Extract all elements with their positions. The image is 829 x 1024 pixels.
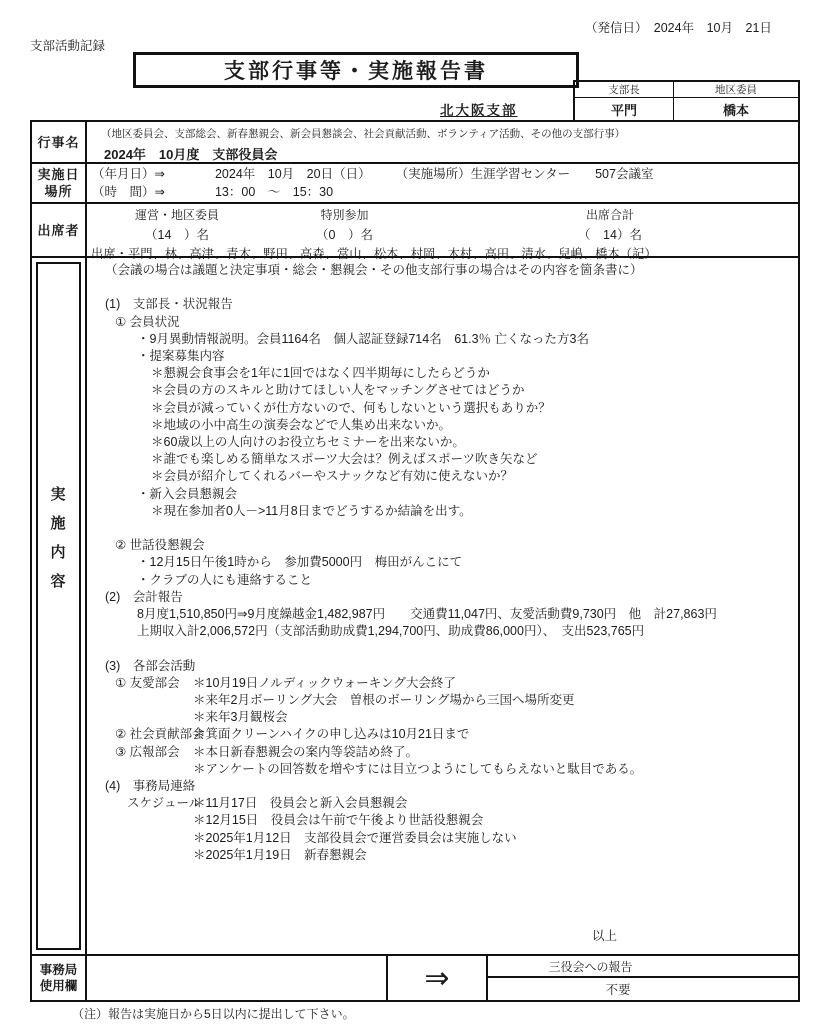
- schedule-label-line1: 実施日: [37, 166, 79, 183]
- closing-mark: 以上: [592, 926, 617, 944]
- content-line: ① 友愛部会＊10月19日ノルディックウォーキング大会終了: [87, 675, 798, 692]
- report-document: （発信日） 2024年 10月 21日 支部活動記録 支部行事等・実施報告書 北…: [0, 0, 829, 1024]
- sanyakukai-report-value: 不要: [488, 978, 798, 1000]
- label-char: 施: [50, 515, 66, 532]
- schedule-label: 実施日 場所: [32, 164, 87, 202]
- dispatch-date-line: （発信日） 2024年 10月 21日: [585, 18, 772, 36]
- content-line: [87, 279, 798, 296]
- content-line: ＊現在参加者0人－>11月8日までどうするか結論を出す。: [87, 503, 798, 520]
- attendees-row: 出席者 運営・地区委員 特別参加 出席合計 （14 ）名 （0 ）名 （ 14）…: [32, 202, 798, 256]
- content-line: ・クラブの人にも連絡すること: [87, 572, 798, 589]
- content-line: ＊会員の方のスキルと助けてほしい人をマッチングさせてはどうか: [87, 382, 798, 399]
- content-line: （会議の場合は議題と決定事項・総会・懇親会・その他支部行事の場合はその内容を箇条…: [87, 262, 798, 279]
- content-line-detail: ＊10月19日ノルディックウォーキング大会終了: [193, 675, 456, 692]
- label-char: 実: [50, 486, 66, 503]
- approval-stamp-table: 支部長 地区委員 平門 橋本: [573, 80, 800, 122]
- attendees-content: 運営・地区委員 特別参加 出席合計 （14 ）名 （0 ）名 （ 14）名 出席…: [87, 204, 798, 256]
- content-line: ＊アンケートの回答数を増やすには目立つようにしてもらえないと駄目である。: [87, 761, 798, 778]
- attendees-count-total: （ 14）名: [422, 225, 798, 243]
- arrow-cell: ⇒: [388, 956, 488, 1000]
- content-line-label: ③ 広報部会: [115, 745, 180, 759]
- content-line: ＊60歳以上の人向けのお役立ちセミナーを出来ないか。: [87, 434, 798, 451]
- forward-arrow-icon: ⇒: [424, 961, 449, 996]
- content-line: ＊懇親会食事会を1年に1回ではなく四半期毎にしたらどうか: [87, 365, 798, 382]
- dispatch-date-value: 2024年 10月 21日: [654, 21, 772, 35]
- content-line-detail: ＊本日新春懇親会の案内等袋詰め終了。: [193, 744, 418, 761]
- event-category-note: （地区委員会、支部総会、新春懇親会、新会員懇談会、社会貢献活動、ボランティア活動…: [87, 122, 798, 141]
- content-line: ＊会員が紹介してくれるバーやスナックなど有効に使えないか？: [87, 468, 798, 485]
- attendees-headers: 運営・地区委員 特別参加 出席合計: [87, 204, 798, 223]
- office-use-label: 事務局 使用欄: [32, 956, 87, 1000]
- content-line: ・12月15日午後1時から 参加費5000円 梅田がんこにて: [87, 554, 798, 571]
- content-line: (2) 会計報告: [87, 589, 798, 606]
- content-line: ＊会員が減っていくが仕方ないので、何もしないという選択もありか？: [87, 400, 798, 417]
- content-line: ＊来年2月ボーリング大会 曽根のボーリング場から三国へ場所変更: [87, 692, 798, 709]
- content-line: ・9月異動情報説明。会員1164名 個人認証登録714名 61.3％ 亡くなった…: [87, 331, 798, 348]
- branch-name: 北大阪支部: [440, 99, 518, 119]
- content-line: ＊来年3月観桜会: [87, 709, 798, 726]
- dispatch-date-label: （発信日）: [585, 21, 641, 35]
- content-line: ③ 広報部会＊本日新春懇親会の案内等袋詰め終了。: [87, 744, 798, 761]
- content-line: ＊誰でも楽しめる簡単なスポーツ大会は？例えばスポーツ吹き矢など: [87, 451, 798, 468]
- document-title-box: 支部行事等・実施報告書: [133, 52, 579, 88]
- attendees-counts: （14 ）名 （0 ）名 （ 14）名: [87, 223, 798, 243]
- footer-note: （注）報告は実施日から5日以内に提出して下さい。: [72, 1005, 355, 1022]
- office-use-row: 事務局 使用欄 ⇒ 三役会への報告 不要: [32, 954, 798, 1000]
- content-line-detail: ＊箕面クリーンハイクの申し込みは10月21日まで: [193, 726, 469, 743]
- schedule-label-line2: 場所: [44, 183, 72, 200]
- approval-value-branch-chief: 平門: [575, 98, 673, 120]
- label-char: 容: [50, 573, 66, 590]
- content-line-label: スケジュール: [127, 796, 201, 810]
- doc-type-label: 支部活動記録: [30, 36, 105, 54]
- content-line-detail: ＊11月17日 役員会と新入会員懇親会: [193, 795, 407, 812]
- approval-value-district-committee: 橋本: [673, 98, 798, 120]
- attendees-count-committee: （14 ）名: [87, 225, 267, 243]
- report-main-table: 行事名 （地区委員会、支部総会、新春懇親会、新会員懇談会、社会貢献活動、ボランテ…: [30, 120, 800, 1002]
- approval-header-district-committee: 地区委員: [673, 82, 798, 98]
- office-use-label-line1: 事務局: [40, 962, 78, 978]
- event-name-value: 2024年 10月度 支部役員会: [87, 141, 798, 163]
- schedule-time-line: （時 間）⇒ 13：00 ～ 15：30: [87, 183, 798, 201]
- content-line: スケジュール＊11月17日 役員会と新入会員懇親会: [87, 795, 798, 812]
- schedule-content: （年月日）⇒ 2024年 10月 20日（日） （実施場所）生涯学習センター 5…: [87, 164, 798, 202]
- attendees-header-special: 特別参加: [267, 206, 422, 223]
- content-line: ① 会員状況: [87, 314, 798, 331]
- content-line: ② 社会貢献部会＊箕面クリーンハイクの申し込みは10月21日まで: [87, 726, 798, 743]
- content-line: ② 世話役懇親会: [87, 537, 798, 554]
- content-line: ・新入会員懇親会: [87, 486, 798, 503]
- attendees-label: 出席者: [32, 204, 87, 256]
- office-use-blank-cell: [87, 956, 388, 1000]
- schedule-row: 実施日 場所 （年月日）⇒ 2024年 10月 20日（日） （実施場所）生涯学…: [32, 162, 798, 202]
- content-line: 8月度1,510,850円⇒9月度繰越金1,482,987円 交通費11,047…: [87, 606, 798, 623]
- content-line: 上期収入計2,006,572円（支部活動助成費1,294,700円、助成費86,…: [87, 623, 798, 640]
- implementation-content-label-box: 実 施 内 容: [36, 262, 81, 950]
- content-line: (1) 支部長・状況報告: [87, 296, 798, 313]
- implementation-content-label: 実 施 内 容: [32, 258, 87, 954]
- sanyakukai-report-header: 三役会への報告: [488, 956, 798, 978]
- content-line: (4) 事務局連絡: [87, 778, 798, 795]
- content-line: ＊2025年1月19日 新春懇親会: [87, 847, 798, 864]
- event-name-row: 行事名 （地区委員会、支部総会、新春懇親会、新会員懇談会、社会貢献活動、ボランテ…: [32, 122, 798, 162]
- attendees-header-committee: 運営・地区委員: [87, 206, 267, 223]
- label-char: 内: [50, 544, 66, 561]
- content-line-label: ② 社会貢献部会: [115, 727, 205, 741]
- content-line: ＊2025年1月12日 支部役員会で運営委員会は実施しない: [87, 830, 798, 847]
- content-line: [87, 520, 798, 537]
- attendees-count-special: （0 ）名: [267, 225, 422, 243]
- sanyakukai-report-cell: 三役会への報告 不要: [488, 956, 798, 1000]
- office-use-label-line2: 使用欄: [40, 978, 78, 994]
- event-name-content: （地区委員会、支部総会、新春懇親会、新会員懇談会、社会貢献活動、ボランティア活動…: [87, 122, 798, 162]
- attendees-header-total: 出席合計: [422, 206, 798, 223]
- content-line-label: ① 友愛部会: [115, 676, 180, 690]
- content-line: ＊12月15日 役員会は午前で午後より世話役懇親会: [87, 812, 798, 829]
- content-line: ＊地域の小中高生の演奏会などで人集め出来ないか。: [87, 417, 798, 434]
- content-line: ・提案募集内容: [87, 348, 798, 365]
- document-title: 支部行事等・実施報告書: [224, 55, 488, 85]
- event-name-label: 行事名: [32, 122, 87, 162]
- content-line: [87, 640, 798, 657]
- content-line: (3) 各部会活動: [87, 658, 798, 675]
- implementation-content-row: 実 施 内 容 （会議の場合は議題と決定事項・総会・懇親会・その他支部行事の場合…: [32, 256, 798, 954]
- schedule-date-line: （年月日）⇒ 2024年 10月 20日（日） （実施場所）生涯学習センター 5…: [87, 165, 798, 183]
- approval-header-branch-chief: 支部長: [575, 82, 673, 98]
- implementation-content-body: （会議の場合は議題と決定事項・総会・懇親会・その他支部行事の場合はその内容を箇条…: [87, 258, 798, 954]
